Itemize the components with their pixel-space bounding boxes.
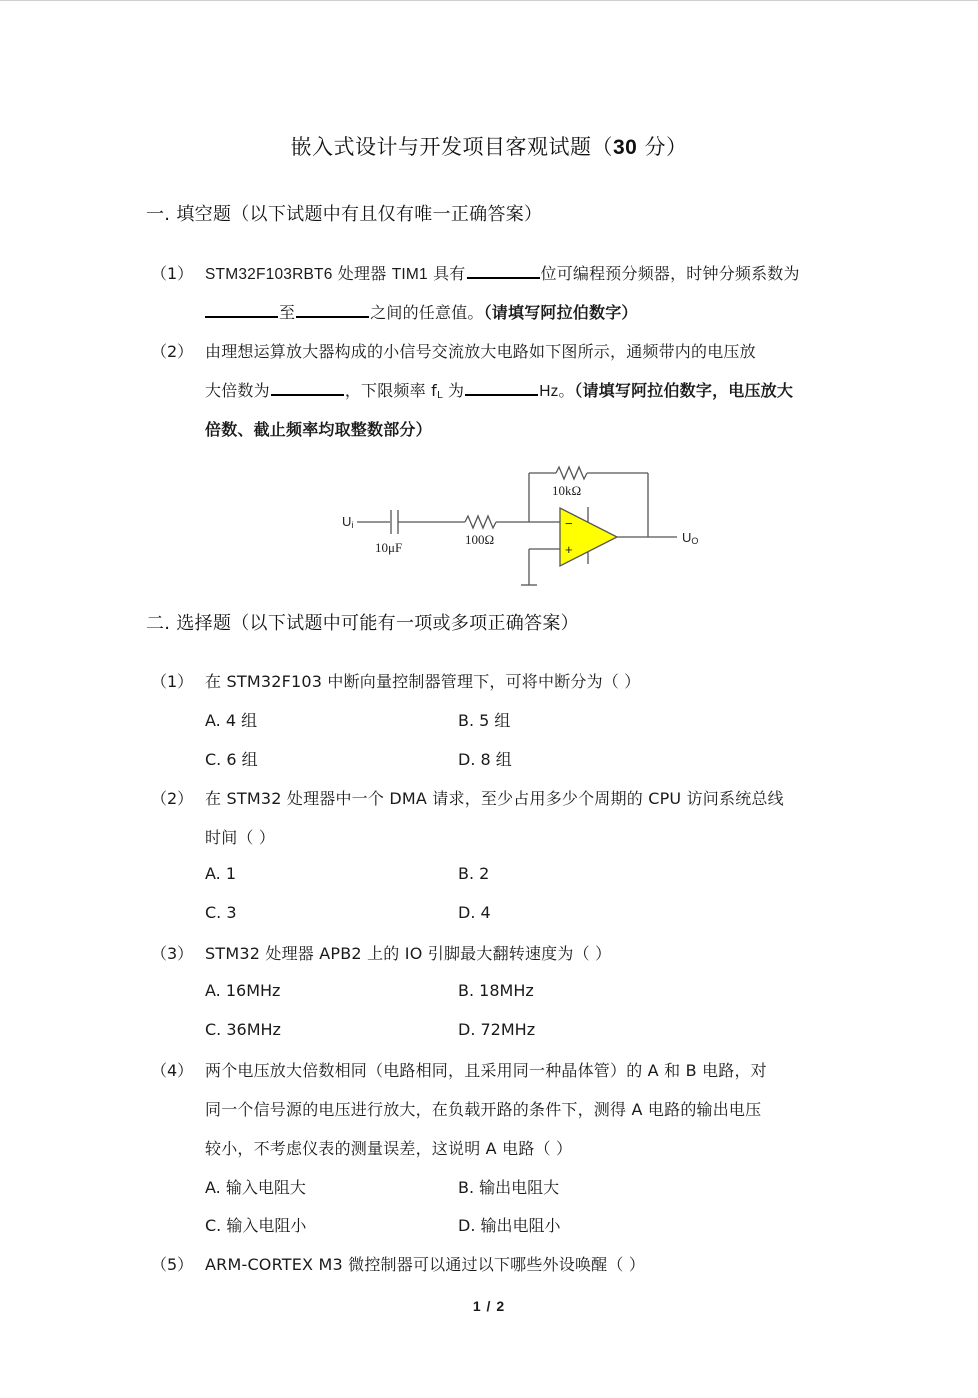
answer-blank-prescaler-bits[interactable] (467, 263, 540, 279)
question-number: （2） (151, 786, 193, 809)
mc-question-4-text-line-3: 较小，不考虑仪表的测量误差，这说明 A 电路（ ） (205, 1136, 572, 1159)
answer-blank-min-divider[interactable] (205, 302, 278, 318)
question-number: （4） (151, 1058, 193, 1081)
text-segment: ，下限频率 f (345, 381, 437, 400)
mc-question-2-option-a[interactable]: A. 1 (205, 864, 236, 883)
fill-question-2-line-3: 倍数、截止频率均取整数部分） (205, 417, 432, 440)
opamp-minus-label: − (565, 516, 573, 531)
question-number: （1） (151, 669, 193, 692)
mc-question-2-option-b[interactable]: B. 2 (458, 864, 489, 883)
opamp-plus-label: + (565, 542, 573, 557)
mc-question-1-option-d[interactable]: D. 8 组 (458, 747, 512, 770)
text-segment: TIM1 (392, 266, 428, 283)
answer-blank-cutoff-frequency[interactable] (465, 380, 538, 396)
mc-question-4-option-a[interactable]: A. 输入电阻大 (205, 1175, 306, 1198)
mc-question-4-option-b[interactable]: B. 输出电阻大 (458, 1175, 559, 1198)
page-edge (0, 0, 978, 1)
mc-question-3-option-c[interactable]: C. 36MHz (205, 1020, 281, 1039)
title-score: 30 (613, 136, 637, 159)
input-label: Ui (342, 514, 353, 530)
mc-question-1-option-a[interactable]: A. 4 组 (205, 708, 257, 731)
fill-question-2-line-1: 由理想运算放大器构成的小信号交流放大电路如下图所示，通频带内的电压放 (205, 339, 756, 362)
mc-question-3-option-d[interactable]: D. 72MHz (458, 1020, 535, 1039)
text-segment: 位可编程预分频器，时钟分频系数为 (541, 264, 800, 283)
text-segment: Hz。 (539, 383, 574, 400)
mc-question-3-option-b[interactable]: B. 18MHz (458, 981, 534, 1000)
instruction-note: （请填写阿拉伯数字） (484, 303, 638, 322)
capacitor-value: 10μF (375, 540, 402, 555)
mc-question-4-text-line-1: 两个电压放大倍数相同（电路相同，且采用同一种晶体管）的 A 和 B 电路，对 (205, 1058, 767, 1081)
mc-question-4-text-line-2: 同一个信号源的电压进行放大，在负载开路的条件下，测得 A 电路的输出电压 (205, 1097, 761, 1120)
amplifier-circuit-diagram: − + Ui UO 10μF 100Ω 10kΩ (330, 460, 710, 595)
text-segment: STM32F103RBT6 (205, 266, 333, 283)
answer-blank-max-divider[interactable] (296, 302, 369, 318)
mc-question-2-text-line-2: 时间（ ） (205, 825, 275, 848)
question-number: （2） (151, 339, 193, 362)
question-number: （3） (151, 941, 193, 964)
mc-question-4-option-c[interactable]: C. 输入电阻小 (205, 1213, 306, 1236)
text-segment: 为 (443, 381, 465, 400)
mc-question-1-text: 在 STM32F103 中断向量控制器管理下，可将中断分为（ ） (205, 669, 641, 692)
feedback-resistor-value: 10kΩ (552, 483, 581, 498)
mc-question-4-option-d[interactable]: D. 输出电阻小 (458, 1213, 561, 1236)
feedback-resistor-icon (556, 467, 587, 479)
page-title: 嵌入式设计与开发项目客观试题（30 分） (0, 131, 978, 161)
text-segment: 具有 (428, 264, 466, 283)
fill-question-2-line-2: 大倍数为，下限频率 fL 为Hz。（请填写阿拉伯数字，电压放大 (205, 378, 793, 401)
fill-question-1-line-2: 至之间的任意值。（请填写阿拉伯数字） (205, 300, 638, 323)
mc-question-1-option-c[interactable]: C. 6 组 (205, 747, 258, 770)
title-text: 嵌入式设计与开发项目客观试题（ (290, 135, 613, 159)
section-heading-fill-in: 一. 填空题（以下试题中有且仅有唯一正确答案） (146, 200, 542, 226)
text-segment: 处理器 (333, 264, 392, 283)
input-resistor-value: 100Ω (465, 532, 494, 547)
mc-question-3-option-a[interactable]: A. 16MHz (205, 981, 280, 1000)
mc-question-5-text: ARM-CORTEX M3 微控制器可以通过以下哪些外设唤醒（ ） (205, 1252, 645, 1275)
input-resistor-icon (465, 516, 496, 528)
mc-question-3-text: STM32 处理器 APB2 上的 IO 引脚最大翻转速度为（ ） (205, 941, 611, 964)
mc-question-1-option-b[interactable]: B. 5 组 (458, 708, 510, 731)
page-indicator: 1 / 2 (0, 1298, 978, 1314)
text-segment: 大倍数为 (205, 381, 270, 400)
question-number: （5） (151, 1252, 193, 1275)
text-segment: 之间的任意值。 (370, 303, 483, 322)
section-heading-multiple-choice: 二. 选择题（以下试题中可能有一项或多项正确答案） (146, 609, 579, 635)
instruction-note: （请填写阿拉伯数字，电压放大 (574, 381, 793, 400)
mc-question-2-text-line-1: 在 STM32 处理器中一个 DMA 请求，至少占用多少个周期的 CPU 访问系… (205, 786, 784, 809)
title-suffix: 分） (637, 135, 687, 159)
mc-question-2-option-c[interactable]: C. 3 (205, 903, 237, 922)
mc-question-2-option-d[interactable]: D. 4 (458, 903, 491, 922)
fill-question-1-line-1: STM32F103RBT6 处理器 TIM1 具有位可编程预分频器，时钟分频系数… (205, 261, 800, 284)
output-label: UO (682, 530, 698, 546)
question-number: （1） (151, 261, 193, 284)
text-segment: 至 (279, 303, 295, 322)
answer-blank-gain[interactable] (271, 380, 344, 396)
